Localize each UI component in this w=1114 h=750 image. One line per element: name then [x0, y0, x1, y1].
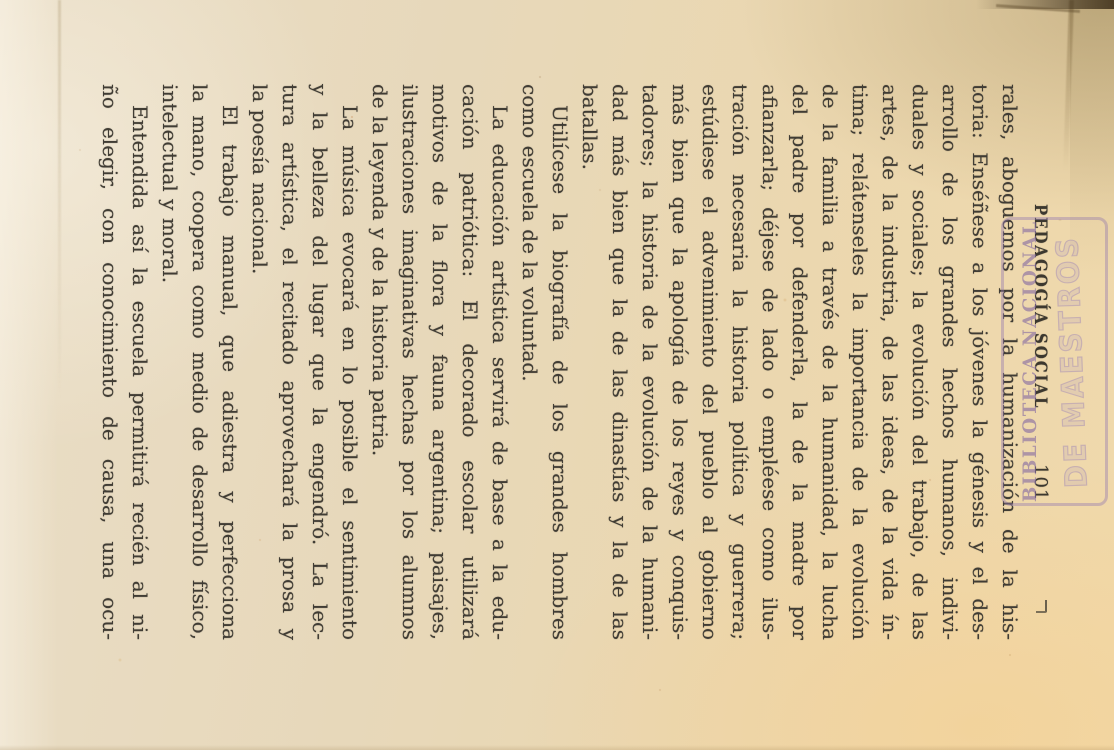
text-line: tración necesaria la historia política y… [725, 84, 755, 640]
text-line: como escuela de la voluntad. [515, 84, 545, 640]
text-line: rales, aboguemos por la humanización de … [995, 84, 1025, 640]
text-line: la mano, coopera como medio de desarroll… [185, 84, 215, 640]
text-line: de la leyenda y de la historia patria. [365, 84, 395, 640]
body-text-block: rales, aboguemos por la humanización de … [95, 84, 1025, 640]
text-line: de la familia a través de la humanidad, … [815, 84, 845, 640]
text-line: y la belleza del lugar que la engendró. … [305, 84, 335, 640]
text-line: La educación artística servirá de base a… [485, 84, 515, 640]
text-line: duales y sociales; la evolución del trab… [905, 84, 935, 640]
text-line: intelectual y moral. [155, 84, 185, 640]
text-line: batallas. [575, 84, 605, 640]
text-line: motivos de la flora y fauna argentina; p… [425, 84, 455, 640]
text-line: del padre por defenderla, la de la madre… [785, 84, 815, 640]
text-line: toria: Enséñese a los jóvenes la génesis… [965, 84, 995, 640]
text-line: La música evocará en lo posible el senti… [335, 84, 365, 640]
text-line: más bien que la apología de los reyes y … [665, 84, 695, 640]
book-page-scan: PEDAGOGÍA SOCIAL 101 rales, aboguemos po… [0, 0, 1114, 750]
text-line: dad más bien que la de las dinastías y l… [605, 84, 635, 640]
text-line: Utilícese la biografía de los grandes ho… [545, 84, 575, 640]
text-line: Entendida así la escuela permitirá recié… [125, 84, 155, 640]
text-line: arrollo de los grandes hechos humanos, i… [935, 84, 965, 640]
running-head-title: PEDAGOGÍA SOCIAL [1030, 204, 1050, 409]
text-line: cación patriótica: El decorado escolar u… [455, 84, 485, 640]
text-line: tima; relátenseles la importancia de la … [845, 84, 875, 640]
text-line: El trabajo manual, que adiestra y perfec… [215, 84, 245, 640]
text-line: la poesía nacional. [245, 84, 275, 640]
page-number: 101 [1030, 464, 1051, 501]
ink-mark [1036, 600, 1047, 613]
text-line: afianzarla; déjese de lado o empléese co… [755, 84, 785, 640]
text-line: artes, de la industria, de las ideas, de… [875, 84, 905, 640]
text-line: estúdiese el advenimiento del pueblo al … [695, 84, 725, 640]
text-line: ño elegir, con conocimiento de causa, un… [95, 84, 125, 640]
stamp-text-line2: DE MAESTROS [1051, 235, 1096, 489]
text-line: ilustraciones imaginativas hechas por lo… [395, 84, 425, 640]
text-line: tura artística, el recitado aprovechará … [275, 84, 305, 640]
text-line: tadores; la historia de la evolución de … [635, 84, 665, 640]
page-rotated-90cw: PEDAGOGÍA SOCIAL 101 rales, aboguemos po… [0, 0, 1114, 750]
